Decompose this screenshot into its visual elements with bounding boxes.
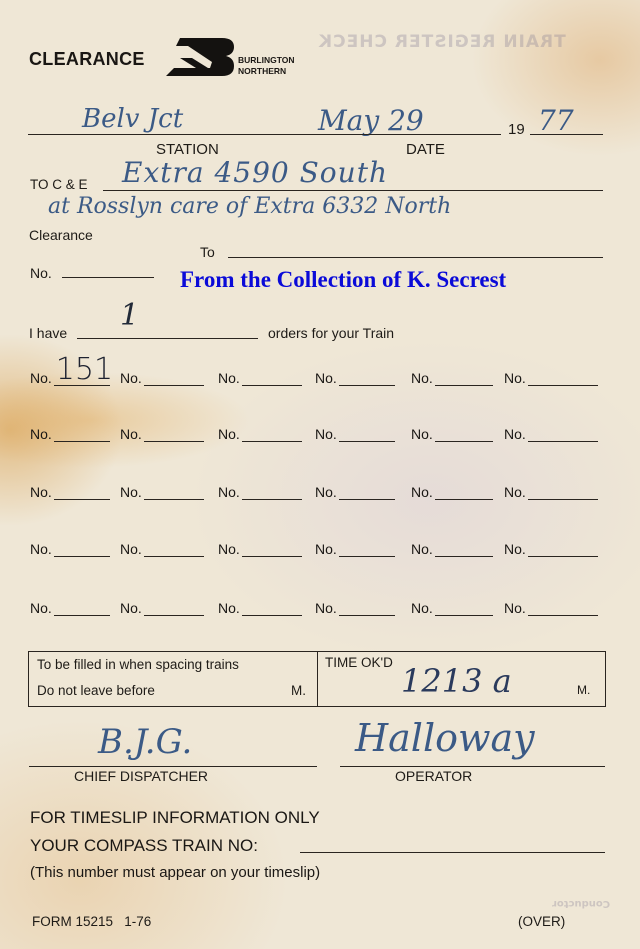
order-number-field[interactable] (435, 542, 493, 557)
clearance-to-label: To (200, 244, 215, 260)
order-number-cell: No. (315, 484, 395, 500)
to-ce-value-line2[interactable]: at Rosslyn care of Extra 6332 North (48, 194, 451, 219)
order-number-cell: No. (411, 600, 493, 616)
order-number-cell: No. (30, 426, 110, 442)
order-number-field[interactable] (435, 485, 493, 500)
order-number-row: No.No.No.No.No.No. (30, 426, 605, 446)
operator-label: OPERATOR (395, 768, 472, 784)
timeslip-note: (This number must appear on your timesli… (30, 864, 320, 881)
order-number-field[interactable] (435, 371, 493, 386)
clearance-no-field[interactable] (62, 277, 154, 278)
order-number-cell: No. (120, 426, 204, 442)
order-number-field[interactable] (242, 427, 302, 442)
to-ce-value-line1[interactable]: Extra 4590 South (122, 156, 388, 189)
dispatcher-signature[interactable]: B.J.G. (98, 722, 192, 762)
order-number-label: No. (504, 484, 526, 500)
order-number-field[interactable] (242, 371, 302, 386)
order-number-row: No.No.No.No.No.No. (30, 541, 605, 561)
order-number-label: No. (411, 484, 433, 500)
order-number-field[interactable] (144, 485, 204, 500)
bleed-through-text: Conductor (552, 898, 610, 909)
order-number-label: No. (30, 600, 52, 616)
bn-logo-icon (166, 38, 236, 76)
order-number-label: No. (504, 370, 526, 386)
order-number-cell: No. (504, 370, 598, 386)
brand-name-line1: BURLINGTON (238, 55, 295, 65)
clearance-label: Clearance (29, 227, 93, 243)
order-number-label: No. (315, 370, 337, 386)
date-value[interactable]: May 29 (318, 104, 424, 137)
order-number-field[interactable] (242, 601, 302, 616)
order-number-label: No. (218, 600, 240, 616)
order-number-cell: No. (30, 600, 110, 616)
order-number-row: No.No.No.No.No.No. (30, 600, 605, 620)
order-number-label: No. (30, 541, 52, 557)
order-number-field[interactable] (339, 485, 395, 500)
order-number-label: No. (504, 600, 526, 616)
order-number-label: No. (120, 426, 142, 442)
order-number-label: No. (30, 426, 52, 442)
order-number-cell: No. (30, 541, 110, 557)
order-number-cell: No. (411, 541, 493, 557)
order-number-label: No. (315, 600, 337, 616)
clearance-no-label: No. (30, 265, 52, 281)
order-number-label: No. (504, 426, 526, 442)
order-number-field[interactable] (242, 485, 302, 500)
bleed-through-text: TRAIN REGISTER CHECK (318, 32, 566, 52)
order-number-label: No. (411, 370, 433, 386)
order-number-label: No. (218, 541, 240, 557)
order-number-label: No. (218, 370, 240, 386)
dispatcher-line (29, 766, 317, 767)
order-number-cell: No. (504, 426, 598, 442)
orders-count-line (77, 338, 258, 339)
order-number-field[interactable] (528, 371, 598, 386)
order-number-cell: No. (120, 370, 204, 386)
order-number-label: No. (411, 600, 433, 616)
to-ce-label: TO C & E (30, 177, 88, 192)
orders-count[interactable]: 1 (120, 298, 139, 333)
order-number-cell: No. (120, 484, 204, 500)
order-number-label: No. (504, 541, 526, 557)
spacing-m-label: M. (291, 683, 306, 698)
order-number-field[interactable] (144, 542, 204, 557)
order-number-value: 151 (56, 352, 113, 387)
order-number-label: No. (411, 541, 433, 557)
order-number-cell: No. (411, 484, 493, 500)
order-number-cell: No. (218, 541, 302, 557)
order-number-label: No. (315, 484, 337, 500)
spacing-line2: Do not leave before (37, 683, 155, 698)
date-label: DATE (406, 141, 445, 158)
order-number-label: No. (120, 541, 142, 557)
dispatcher-label: CHIEF DISPATCHER (74, 768, 208, 784)
order-number-field[interactable] (528, 427, 598, 442)
order-number-field[interactable] (435, 601, 493, 616)
order-number-cell: No. (504, 484, 598, 500)
year-line (530, 134, 603, 135)
order-number-field[interactable] (144, 427, 204, 442)
spacing-box: To be filled in when spacing trains Do n… (28, 651, 606, 707)
order-number-row: No.No.No.No.No.No. (30, 484, 605, 504)
order-number-label: No. (218, 426, 240, 442)
time-okd-label: TIME OK'D (325, 655, 393, 670)
order-number-label: No. (218, 484, 240, 500)
orders-suffix: orders for your Train (268, 325, 394, 341)
compass-train-label: YOUR COMPASS TRAIN NO: (30, 836, 258, 856)
order-number-cell: No. (120, 541, 204, 557)
year-value[interactable]: 77 (538, 104, 574, 137)
order-number-label: No. (120, 370, 142, 386)
order-number-label: No. (315, 541, 337, 557)
order-number-field[interactable] (144, 371, 204, 386)
order-number-cell: No. (218, 426, 302, 442)
order-number-field[interactable] (54, 427, 110, 442)
compass-train-field[interactable] (300, 852, 605, 853)
station-value[interactable]: Belv Jct (82, 104, 183, 134)
order-number-field[interactable] (528, 485, 598, 500)
order-number-field[interactable] (528, 601, 598, 616)
order-number-cell: No. (315, 426, 395, 442)
order-number-label: No. (411, 426, 433, 442)
year-prefix: 19 (508, 121, 525, 138)
order-number-label: No. (120, 484, 142, 500)
order-number-label: No. (30, 484, 52, 500)
collection-watermark: From the Collection of K. Secrest (180, 267, 506, 293)
time-okd-value[interactable]: 1213 a (401, 662, 512, 700)
station-date-line (28, 134, 501, 135)
spacing-box-divider (317, 652, 318, 706)
clearance-to-field[interactable] (228, 257, 603, 258)
order-number-cell: No. (218, 600, 302, 616)
order-number-field[interactable] (339, 601, 395, 616)
order-number-cell: No. (120, 600, 204, 616)
operator-signature[interactable]: Halloway (355, 716, 535, 760)
order-number-label: No. (120, 600, 142, 616)
over-indicator: (OVER) (518, 914, 565, 929)
order-number-label: No. (315, 426, 337, 442)
to-ce-line (103, 190, 603, 191)
order-number-cell: No. (315, 541, 395, 557)
spacing-line1: To be filled in when spacing trains (37, 657, 239, 672)
order-number-field[interactable] (242, 542, 302, 557)
orders-prefix: I have (29, 325, 67, 341)
timeslip-heading: FOR TIMESLIP INFORMATION ONLY (30, 808, 320, 828)
time-m-label: M. (577, 683, 590, 697)
order-number-field[interactable] (339, 542, 395, 557)
order-number-cell: No. (218, 484, 302, 500)
order-number-field[interactable] (339, 427, 395, 442)
order-number-cell: No. (411, 426, 493, 442)
order-number-cell: No. (315, 600, 395, 616)
order-number-label: No. (30, 370, 52, 386)
order-number-cell: No. (504, 541, 598, 557)
order-number-cell: No. (504, 600, 598, 616)
order-number-field[interactable]: 151 (54, 371, 110, 386)
order-number-cell: No.151 (30, 370, 110, 386)
order-number-field[interactable] (528, 542, 598, 557)
order-number-field[interactable] (54, 601, 110, 616)
brand-name-line2: NORTHERN (238, 66, 286, 76)
order-number-field[interactable] (54, 485, 110, 500)
order-number-cell: No. (411, 370, 493, 386)
operator-line (340, 766, 605, 767)
form-number: FORM 15215 1-76 (32, 914, 151, 929)
order-number-cell: No. (315, 370, 395, 386)
order-number-field[interactable] (339, 371, 395, 386)
order-number-row: No.151No.No.No.No.No. (30, 370, 605, 390)
order-number-cell: No. (30, 484, 110, 500)
order-number-field[interactable] (435, 427, 493, 442)
order-number-field[interactable] (144, 601, 204, 616)
order-number-cell: No. (218, 370, 302, 386)
order-number-field[interactable] (54, 542, 110, 557)
form-title: CLEARANCE (29, 49, 145, 70)
